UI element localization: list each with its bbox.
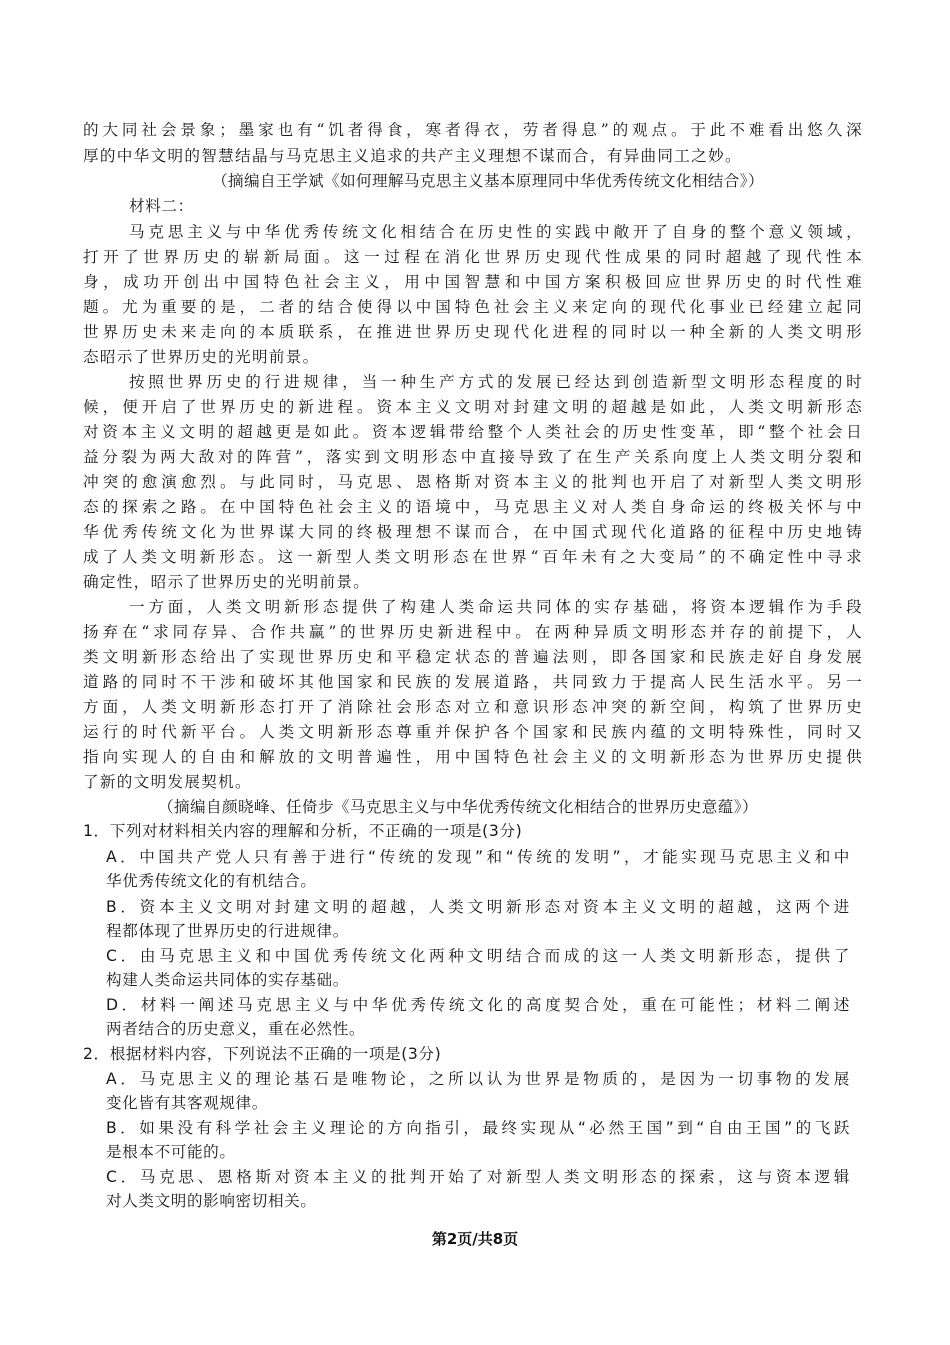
paragraph-line: 马克思主义与中华优秀传统文化相结合在历史性的实践中敞开了自身的整个意义领域， [129,222,863,242]
paragraph-line: 扬弃在“求同存异、合作共赢”的世界历史新进程中。在两种异质文明形态并存的前提下，… [83,622,863,642]
page-number: 第2页/共8页 [0,1228,950,1249]
paragraph-line: 运行的时代新平台。人类文明新形态尊重并保护各个国家和民族内蕴的文明特殊性，同时又 [83,722,863,742]
option-a: A．中国共产党人只有善于进行“传统的发现”和“传统的发明”，才能实现马克思主义和… [106,847,850,867]
option-c: C．由马克思主义和中国优秀传统文化两种文明结合而成的这一人类文明新形态，提供了 [106,946,850,966]
paragraph-line: 态的探索之路。在中国特色社会主义的语境中，马克思主义对人类自身命运的终极关怀与中 [83,497,863,517]
paragraph-line: 打开了世界历史的崭新局面。这一过程在消化世界历史现代性成果的同时超越了现代性本 [83,247,863,267]
paragraph-line: 冲突的愈演愈烈。与此同时，马克思、恩格斯对资本主义的批判也开启了对新型人类文明形 [83,472,863,492]
paragraph-line: 了新的文明发展契机。 [83,772,863,792]
option-d: D．材料一阐述马克思主义与中华优秀传统文化的高度契合处，重在可能性；材料二阐述 [106,995,850,1015]
paragraph-line: 候，便开启了世界历史的新进程。资本主义文明对封建文明的超越是如此，人类文明新形态 [83,397,863,417]
option-a: A．马克思主义的理论基石是唯物论，之所以认为世界是物质的，是因为一切事物的发展 [106,1069,850,1089]
option-b: B．资本主义文明对封建文明的超越，人类文明新形态对资本主义文明的超越，这两个进 [106,897,850,917]
option-b-cont: 程都体现了世界历史的行进规律。 [106,921,850,941]
paragraph-line: 世界历史未来走向的本质联系，在推进世界历史现代化进程的同时以一种全新的人类文明形 [83,322,863,342]
option-b: B．如果没有科学社会主义理论的方向指引，最终实现从“必然王国”到“自由王国”的飞… [106,1118,850,1138]
paragraph-line: 题。尤为重要的是，二者的结合使得以中国特色社会主义来定向的现代化事业已经建立起同 [83,297,863,317]
paragraph-line: 华优秀传统文化为世界谋大同的终极理想不谋而合，在中国式现代化道路的征程中历史地铸 [83,522,863,542]
material1-line: 厚的中华文明的智慧结晶与马克思主义追求的共产主义理想不谋而合，有异曲同工之妙。 [83,146,863,166]
option-a-cont: 变化皆有其客观规律。 [106,1093,850,1113]
paragraph-line: 指向实现人的自由和解放的文明普遍性，用中国特色社会主义的文明新形态为世界历史提供 [83,747,863,767]
paragraph-line: 对资本主义文明的超越更是如此。资本逻辑带给整个人类社会的历史性变革，即“整个社会… [83,422,863,442]
option-c: C．马克思、恩格斯对资本主义的批判开始了对新型人类文明形态的探索，这与资本逻辑 [106,1167,850,1187]
paragraph-line: 成了人类文明新形态。这一新型人类文明形态在世界“百年未有之大变局”的不确定性中寻… [83,547,863,567]
question-stem: 2．根据材料内容，下列说法不正确的一项是(3分) [83,1044,863,1064]
exam-page: 的大同社会景象；墨家也有“饥者得食，寒者得衣，劳者得息”的观点。于此不难看出悠久… [0,0,950,1345]
material2-source: （摘编自颜晓峰、任倚步《马克思主义与中华优秀传统文化相结合的世界历史意蕴》） [158,797,863,817]
question-stem: 1．下列对材料相关内容的理解和分析，不正确的一项是(3分) [83,821,863,841]
paragraph-line: 道路的同时不干涉和破坏其他国家和民族的发展道路，共同致力于提高人民生活水平。另一 [83,672,863,692]
paragraph-line: 益分裂为两大敌对的阵营”，落实到文明形态中直接导致了在生产关系向度上人类文明分裂… [83,447,863,467]
paragraph-line: 身，成功开创出中国特色社会主义，用中国智慧和中国方案积极回应世界历史的时代性难 [83,272,863,292]
material1-source: （摘编自王学斌《如何理解马克思主义基本原理同中华优秀传统文化相结合》） [212,171,862,191]
option-b-cont: 是根本不可能的。 [106,1142,850,1162]
paragraph-line: 按照世界历史的行进规律，当一种生产方式的发展已经达到创造新型文明形态程度的时 [129,372,863,392]
option-c-cont: 对人类文明的影响密切相关。 [106,1191,850,1211]
paragraph-line: 类文明新形态给出了实现世界历史和平稳定状态的普遍法则，即各国家和民族走好自身发展 [83,647,863,667]
material2-heading: 材料二： [129,196,909,216]
paragraph-line: 确定性，昭示了世界历史的光明前景。 [83,572,863,592]
material1-line: 的大同社会景象；墨家也有“饥者得食，寒者得衣，劳者得息”的观点。于此不难看出悠久… [83,120,863,140]
paragraph-line: 一方面，人类文明新形态提供了构建人类命运共同体的实存基础，将资本逻辑作为手段 [129,597,863,617]
paragraph-line: 方面，人类文明新形态打开了消除社会形态对立和意识形态冲突的新空间，构筑了世界历史 [83,697,863,717]
option-c-cont: 构建人类命运共同体的实存基础。 [106,970,850,990]
option-a-cont: 华优秀传统文化的有机结合。 [106,871,850,891]
paragraph-line: 态昭示了世界历史的光明前景。 [83,347,863,367]
option-d-cont: 两者结合的历史意义，重在必然性。 [106,1019,850,1039]
